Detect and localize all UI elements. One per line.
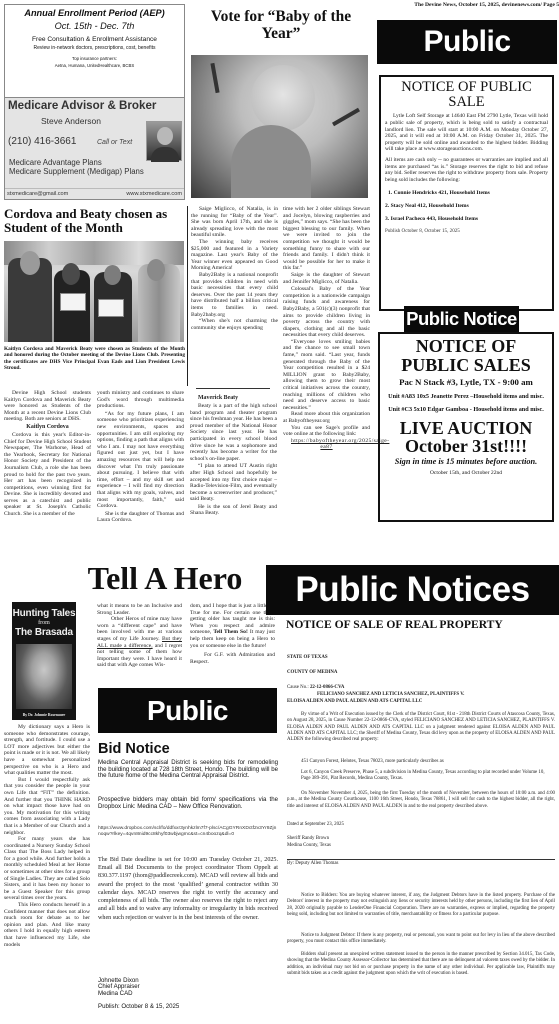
notice-body: Lytle Loft Self Storage at 14640 East FM… <box>385 113 548 183</box>
story-paragraph: “Everyone loves smiling babies and the c… <box>283 339 370 412</box>
subhead-maverick: Maverick Beaty <box>190 395 277 402</box>
bid-paragraph: Prospective bidders may obtain bid form/… <box>98 797 278 810</box>
bid-notice-title: Bid Notice <box>98 741 278 757</box>
public-notices-banner: Public Notices <box>98 688 277 733</box>
parties-line2: ELOISA ALDEN AND PAUL ALDEN AND ATS CAPI… <box>287 699 555 705</box>
baby-story-col2: time with her 2 older siblings Stewart a… <box>283 206 370 451</box>
broker-section: Medicare Advisor & Broker Steve Anderson… <box>5 97 184 199</box>
sale-item: 3. Israel Pacheco 443, Household Items <box>385 216 548 222</box>
sale-item: 2. Stacy Neal 412, Household Items <box>385 203 548 209</box>
story-paragraph: “As for my future plans, I am someone wh… <box>97 411 184 510</box>
hero-story-col1: what it means to be an Inclusive and Str… <box>97 603 182 669</box>
story-paragraph: This Hero conducts herself in a Confiden… <box>4 902 90 948</box>
story-paragraph: Beaty is a part of the high school band … <box>190 403 277 462</box>
dated-line: Dated at September 23, 2025 <box>287 822 555 828</box>
broker-title: Medicare Advisor & Broker <box>5 98 184 113</box>
notice-title: NOTICE OF PUBLIC SALE <box>385 80 548 110</box>
partners-label: Top insurance partners: <box>5 56 184 61</box>
auction-date: October 31st!!!! <box>384 437 548 455</box>
medicare-advertisement: Annual Enrollment Period (AEP) Oct. 15th… <box>4 4 185 200</box>
deputy-line: By: Deputy Allen Thomas <box>287 861 555 867</box>
notice-title: NOTICE OF PUBLIC SALES <box>384 337 548 375</box>
public-notices-banner: Public Notices <box>377 20 557 64</box>
call-or-text: Call or Text <box>97 139 132 146</box>
sheriff-county: Medina County, Texas <box>287 843 555 849</box>
bidders-notice: Notice to Bidders: You are buying whatev… <box>287 893 555 918</box>
aep-section: Annual Enrollment Period (AEP) Oct. 15th… <box>5 5 184 95</box>
book-cover-image: Hunting Tales from The Brasada By Dr. Jo… <box>12 602 76 720</box>
baby-of-year-headline: Vote for “Baby of the Year” <box>192 8 370 43</box>
students-photo-caption: Kaitlyn Cordova and Maverick Beaty were … <box>4 346 185 371</box>
publish-dates: Publish: October 8 & 15, 2025 <box>98 1003 278 1010</box>
students-photo <box>4 241 184 342</box>
partners-list: Aetna, Humana, UnitedHealthcare, BCBS <box>5 63 184 68</box>
unit-item: Unit #A83 10x5 Jeanette Perez –Household… <box>384 393 548 400</box>
story-paragraph: For many years she has coordinated a Nur… <box>4 836 90 902</box>
story-paragraph: She is the daughter of Thomas and Laura … <box>97 511 184 524</box>
broker-name: Steve Anderson <box>41 116 101 126</box>
publish-dates: October 15th, and October 22nd <box>384 470 548 476</box>
broker-phone[interactable]: (210) 416-3661 <box>8 136 76 147</box>
broker-portrait <box>146 121 182 161</box>
cordova-story-col1: Devine High School students Kaitlyn Cord… <box>4 390 91 518</box>
story-paragraph: The winning baby receives $25,000 and fe… <box>191 239 278 272</box>
beaty-story-col: Maverick Beaty Beaty is a part of the hi… <box>190 395 277 517</box>
sale-item: 1. Connie Hendricks 421, Household Items <box>385 190 548 196</box>
story-paragraph: youth ministry and continues to share Go… <box>97 390 184 410</box>
book-author: By Dr. Johnnie Rosenauer <box>12 713 76 717</box>
public-notice-banner: Public Notice <box>404 306 519 332</box>
emphasis-text: Tell Them So! <box>213 629 248 635</box>
page-header-line: The Devine News, October 15, 2025, devin… <box>372 2 559 8</box>
story-paragraph: My dictionary says a Hero is someone who… <box>4 724 90 777</box>
story-paragraph: “I plan to attend UT Austin right after … <box>190 463 277 503</box>
story-paragraph: For G.F. with Admiration and Respect. <box>190 652 275 665</box>
property-address: 451 Canyon Forest, Helotes, Texas 78023,… <box>287 759 555 765</box>
story-paragraph: Saige is the daughter of Stewart and Jen… <box>283 272 370 285</box>
contact-row: stxmedicare@gmail.com www.stxmedicare.co… <box>5 188 184 197</box>
sale-location: Pac N Stack #3, Lytle, TX - 9:00 am <box>384 377 548 387</box>
story-paragraph: Saige Miglicco, of Natalia, is in the ru… <box>191 206 278 239</box>
story-paragraph: Cordova is this year's Editor-in-Chief f… <box>4 432 91 518</box>
plans-list: Medicare Advantage Plans Medicare Supple… <box>9 158 144 177</box>
subhead-kaitlyn: Kaitlyn Cordova <box>4 424 91 431</box>
story-paragraph: He is the son of Jerel Beaty and Shana B… <box>190 504 277 517</box>
story-paragraph: Other Heros of mine may have worn a “dif… <box>97 616 182 669</box>
divider <box>196 388 270 389</box>
bid-paragraph: Medina Central Appraisal District is see… <box>98 760 278 780</box>
sheriff-name: Sheriff Randy Brown <box>287 836 555 842</box>
story-paragraph: You can see Sage's profile and vote onli… <box>283 425 370 438</box>
story-paragraph: time with her 2 older siblings Stewart a… <box>283 206 370 272</box>
free-consultation: Free Consultation & Enrollment Assistanc… <box>5 36 184 43</box>
dropbox-link[interactable]: https://www.dropbox.com/scl/fo/ddfxxr3yn… <box>98 826 278 839</box>
cordova-story-col2: youth ministry and continues to share Go… <box>97 390 184 524</box>
publish-dates: Publish October 8, October 15, 2025 <box>385 228 548 234</box>
signer-org: Medina CAD <box>98 991 278 997</box>
story-paragraph: Colossal's Baby of the Year competition … <box>283 286 370 339</box>
column-rule <box>187 206 188 386</box>
story-paragraph: But I would respectfully ask that you co… <box>4 777 90 836</box>
public-notices-banner: Public Notices <box>266 565 559 615</box>
book-title-line3: The Brasada <box>12 627 76 638</box>
story-paragraph: Baby2Baby is a national nonprofit that p… <box>191 272 278 318</box>
plan-advantage: Medicare Advantage Plans <box>9 158 144 167</box>
vote-link[interactable]: https://babyoftheyear.org/2025/saige-ea8… <box>283 438 370 451</box>
notice-public-sale-box: NOTICE OF PUBLIC SALE Lytle Loft Self St… <box>379 75 554 311</box>
live-auction: LIVE AUCTION <box>384 419 548 437</box>
notice-paragraph: Lytle Loft Self Storage at 14640 East FM… <box>385 113 548 153</box>
state-line: STATE OF TEXAS <box>287 655 555 661</box>
unit-item: Unit #C3 5x10 Edgar Gamboa - Household i… <box>384 406 548 413</box>
notice-paragraph: All items are cash only -- no guarantees… <box>385 157 548 183</box>
parties-line1: FELICIANO SANCHEZ AND LETICIA SANCHEZ, P… <box>287 692 555 698</box>
tell-a-hero-headline: Tell A Hero <box>60 560 270 597</box>
bidders-statement: Bidders shall present an unexpired writt… <box>287 952 555 977</box>
lot-description: Lot 6, Canyon Creek Preserve, Phase 5, a… <box>287 770 555 783</box>
sale-date-paragraph: On November November 4, 2025, being the … <box>287 791 555 810</box>
story-paragraph: “When she's not charming the community s… <box>191 318 278 331</box>
aep-heading: Annual Enrollment Period (AEP) <box>5 8 184 18</box>
book-title-line1: Hunting Tales <box>12 608 76 619</box>
baby-photo <box>191 55 368 198</box>
county-line: COUNTY OF MEDINA <box>287 670 555 676</box>
story-paragraph: Read more about this organization at Bab… <box>283 411 370 424</box>
aep-dates: Oct. 15th - Dec. 7th <box>5 21 184 31</box>
story-paragraph: dom, and I hope that is just a little bi… <box>190 603 275 649</box>
email-link[interactable]: stxmedicare@gmail.com <box>7 191 68 197</box>
student-of-month-headline: Cordova and Beaty chosen as Student of t… <box>4 207 186 235</box>
book-title-line2: from <box>12 620 76 626</box>
website-link[interactable]: www.stxmedicare.com <box>126 191 182 197</box>
story-paragraph: Devine High School students Kaitlyn Cord… <box>4 390 91 423</box>
cause-label: Cause No.: <box>287 685 309 690</box>
debtor-notice: Notice to Judgment Debtor: If there is a… <box>287 933 555 946</box>
baby-story-col1: Saige Miglicco, of Natalia, is in the ru… <box>191 206 278 331</box>
review-line: Review in-network doctors, prescriptions… <box>5 45 184 51</box>
bid-signature: Johnette Dixon Chief Appraiser Medina CA… <box>98 978 278 997</box>
notice-public-sales-box: NOTICE OF PUBLIC SALES Pac N Stack #3, L… <box>378 332 554 522</box>
real-property-title: NOTICE OF SALE OF REAL PROPERTY <box>286 618 558 631</box>
bid-paragraph: The Bid Date deadline is set for 10:00 a… <box>98 856 278 922</box>
author-portrait <box>16 644 72 709</box>
signature-line <box>287 859 555 860</box>
hero-story-col0: My dictionary says a Hero is someone who… <box>4 724 90 948</box>
story-paragraph: what it means to be an Inclusive and Str… <box>97 603 182 616</box>
hero-story-col2: dom, and I hope that is just a little bi… <box>190 603 275 665</box>
cause-number: 22-12-0866-CVA <box>310 685 344 690</box>
cause-line: Cause No.: 22-12-0866-CVA <box>287 685 555 691</box>
writ-paragraph: By virtue of a Writ of Execution issued … <box>287 712 555 743</box>
plan-supplement: Medicare Supplement (Medigap) Plans <box>9 167 144 176</box>
signin-note: Sign in time is 15 minutes before auctio… <box>384 457 548 467</box>
